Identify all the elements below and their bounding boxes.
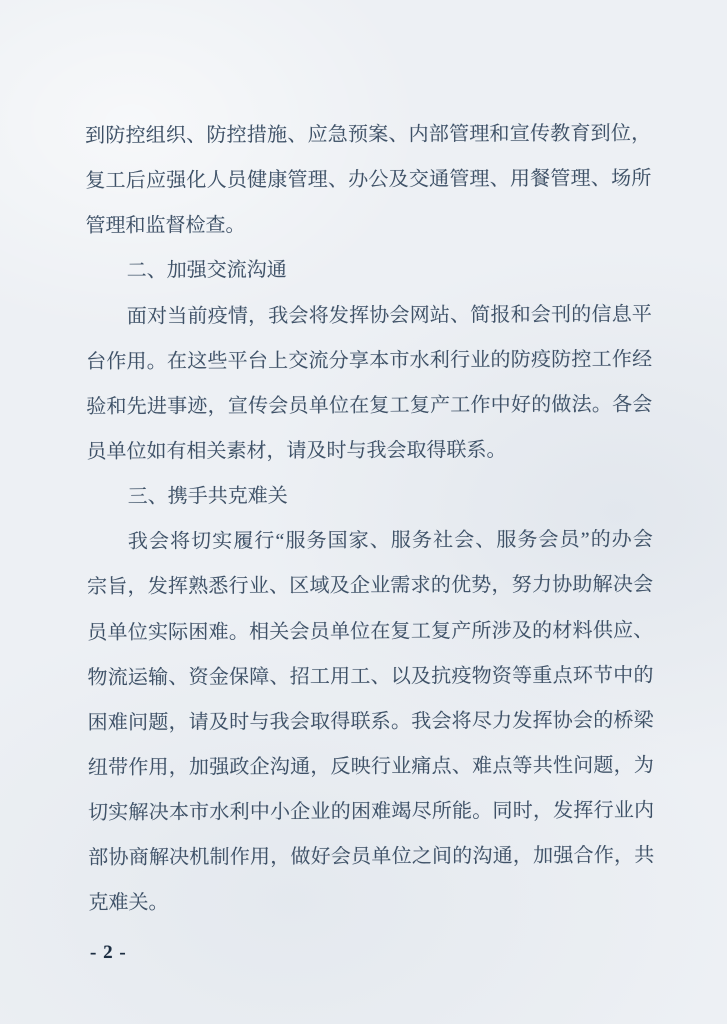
text-line: 困难问题，请及时与我会取得联系。我会将尽力发挥协会的桥梁 xyxy=(88,698,654,746)
text-line: 克难关。 xyxy=(88,879,654,927)
text-line: 台作用。在这些平台上交流分享本市水利行业的防疫防控工作经 xyxy=(86,337,652,385)
text-line: 管理和监督检查。 xyxy=(85,202,651,250)
page-number: - 2 - xyxy=(90,938,127,968)
text-line: 员单位如有相关素材，请及时与我会取得联系。 xyxy=(86,428,652,476)
text-line: 物流运输、资金保障、招工用工、以及抗疫物资等重点环节中的 xyxy=(87,653,653,701)
document-body: 到防控组织、防控措施、应急预案、内部管理和宣传教育到位，复工后应强化人员健康管理… xyxy=(85,112,655,927)
text-line: 宗旨，发挥熟悉行业、区域及企业需求的优势，努力协助解决会 xyxy=(87,563,653,611)
text-line: 切实解决本市水利中小企业的困难竭尽所能。同时，发挥行业内 xyxy=(88,789,654,837)
text-line: 纽带作用，加强政企沟通，反映行业痛点、难点等共性问题，为 xyxy=(88,743,654,791)
text-line: 部协商解决机制作用，做好会员单位之间的沟通，加强合作，共 xyxy=(88,834,654,882)
text-line: 到防控组织、防控措施、应急预案、内部管理和宣传教育到位， xyxy=(85,112,651,160)
text-line: 我会将切实履行“服务国家、服务社会、服务会员”的办会 xyxy=(87,518,653,566)
section-heading: 三、携手共克难关 xyxy=(87,473,653,521)
text-line: 复工后应强化人员健康管理、办公及交通管理、用餐管理、场所 xyxy=(85,157,651,205)
scanned-page: 到防控组织、防控措施、应急预案、内部管理和宣传教育到位，复工后应强化人员健康管理… xyxy=(0,0,727,1024)
text-line: 验和先进事迹，宣传会员单位在复工复产工作中好的做法。各会 xyxy=(86,382,652,430)
section-heading: 二、加强交流沟通 xyxy=(86,247,652,295)
text-line: 面对当前疫情，我会将发挥协会网站、简报和会刊的信息平 xyxy=(86,292,652,340)
text-line: 员单位实际困难。相关会员单位在复工复产所涉及的材料供应、 xyxy=(87,608,653,656)
